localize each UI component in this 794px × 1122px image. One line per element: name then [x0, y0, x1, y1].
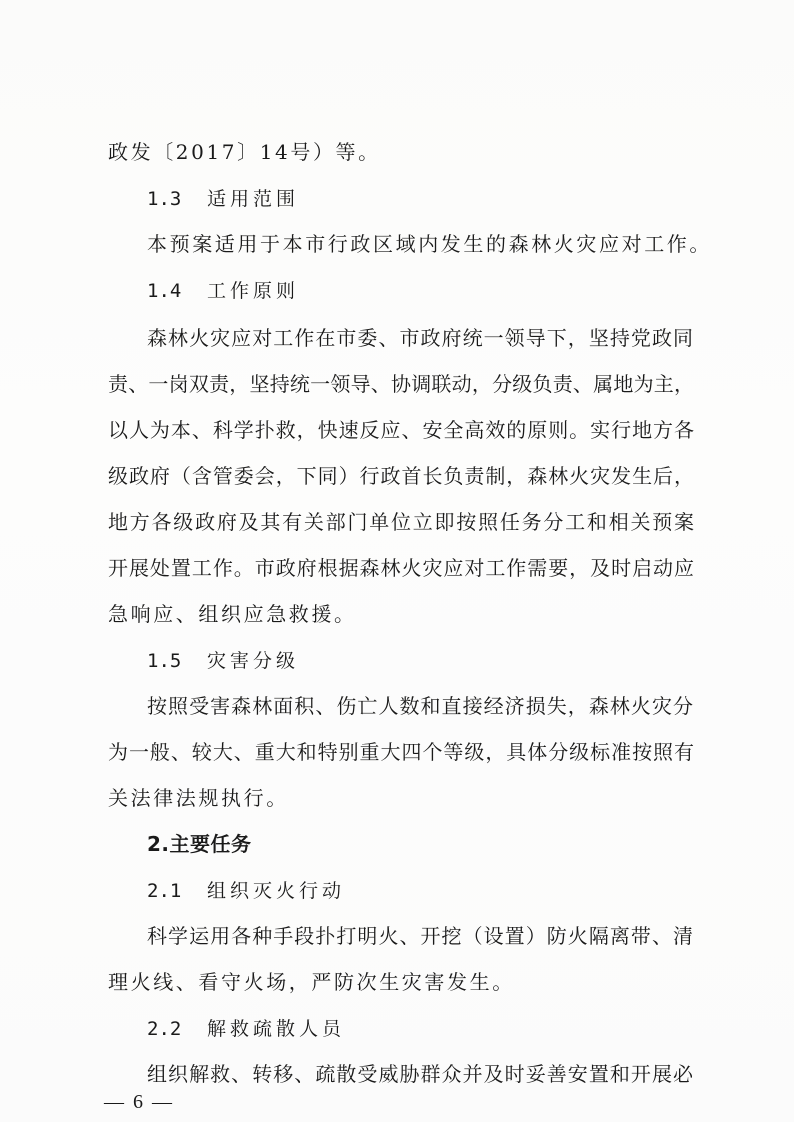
section-number: 1.4 [147, 279, 207, 303]
text: 科学运用各种手段扑打明火、开挖（设置）防火隔离带、清 [147, 924, 693, 948]
paragraph-line: 森林火灾应对工作在市委、市政府统一领导下，坚持党政同 [147, 326, 693, 350]
section-title: 组织灭火行动 [207, 880, 345, 902]
section-heading-2-1: 2.1组织灭火行动 [147, 878, 345, 903]
section-heading-2-2: 2.2解救疏散人员 [147, 1016, 345, 1041]
section-title: 适用范围 [207, 188, 299, 210]
paragraph-line: 以人为本、科学扑救，快速反应、安全高效的原则。实行地方各 [108, 418, 694, 442]
paragraph-line: 急响应、组织应急救援。 [108, 602, 357, 626]
paragraph-line: 地方各级政府及其有关部门单位立即按照任务分工和相关预案 [108, 510, 694, 534]
section-number: 2.2 [147, 1017, 207, 1041]
page-number: — 6 — [104, 1090, 174, 1114]
chapter-heading-2: 2.主要任务 [147, 832, 252, 856]
section-title: 灾害分级 [207, 650, 299, 672]
paragraph-line: 科学运用各种手段扑打明火、开挖（设置）防火隔离带、清 [147, 924, 693, 948]
paragraph-line: 开展处置工作。市政府根据森林火灾应对工作需要，及时启动应 [108, 556, 694, 580]
text: 组织解救、转移、疏散受威胁群众并及时妥善安置和开展必 [147, 1062, 693, 1086]
document-page: 政发〔2017〕14号）等。 1.3适用范围 本预案适用于本市行政区域内发生的森… [0, 0, 794, 1122]
text: 森林火灾应对工作在市委、市政府统一领导下，坚持党政同 [147, 326, 693, 350]
text: 级政府（含管委会，下同）行政首长负责制，森林火灾发生后， [108, 464, 694, 488]
paragraph-line: 级政府（含管委会，下同）行政首长负责制，森林火灾发生后， [108, 464, 694, 488]
text: 地方各级政府及其有关部门单位立即按照任务分工和相关预案 [108, 510, 694, 534]
text: 急响应、组织应急救援。 [108, 602, 357, 626]
section-title: 解救疏散人员 [207, 1018, 345, 1040]
chapter-title: 2.主要任务 [147, 832, 252, 856]
section-heading-1-5: 1.5灾害分级 [147, 648, 299, 673]
text: 以人为本、科学扑救，快速反应、安全高效的原则。实行地方各 [108, 418, 694, 442]
paragraph-line: 按照受害森林面积、伤亡人数和直接经济损失，森林火灾分 [147, 694, 693, 718]
text: 关法律法规执行。 [108, 786, 289, 810]
text: 按照受害森林面积、伤亡人数和直接经济损失，森林火灾分 [147, 694, 693, 718]
text: 为一般、较大、重大和特别重大四个等级，具体分级标准按照有 [108, 740, 694, 764]
paragraph-line: 组织解救、转移、疏散受威胁群众并及时妥善安置和开展必 [147, 1062, 693, 1086]
text: 开展处置工作。市政府根据森林火灾应对工作需要，及时启动应 [108, 556, 694, 580]
text: 理火线、看守火场，严防次生灾害发生。 [108, 970, 515, 994]
section-number: 1.3 [147, 187, 207, 211]
section-number: 1.5 [147, 649, 207, 673]
text: 责、一岗双责，坚持统一领导、协调联动，分级负责、属地为主， [108, 372, 694, 396]
paragraph-line: 为一般、较大、重大和特别重大四个等级，具体分级标准按照有 [108, 740, 694, 764]
paragraph-continuation: 政发〔2017〕14号）等。 [108, 140, 381, 164]
section-heading-1-4: 1.4工作原则 [147, 278, 299, 303]
paragraph-line: 本预案适用于本市行政区域内发生的森林火灾应对工作。 [147, 232, 712, 256]
text: 政发〔2017〕14号）等。 [108, 140, 381, 164]
paragraph-line: 理火线、看守火场，严防次生灾害发生。 [108, 970, 515, 994]
section-number: 2.1 [147, 879, 207, 903]
text: 本预案适用于本市行政区域内发生的森林火灾应对工作。 [147, 232, 712, 256]
section-title: 工作原则 [207, 280, 299, 302]
paragraph-line: 责、一岗双责，坚持统一领导、协调联动，分级负责、属地为主， [108, 372, 694, 396]
section-heading-1-3: 1.3适用范围 [147, 186, 299, 211]
paragraph-line: 关法律法规执行。 [108, 786, 289, 810]
